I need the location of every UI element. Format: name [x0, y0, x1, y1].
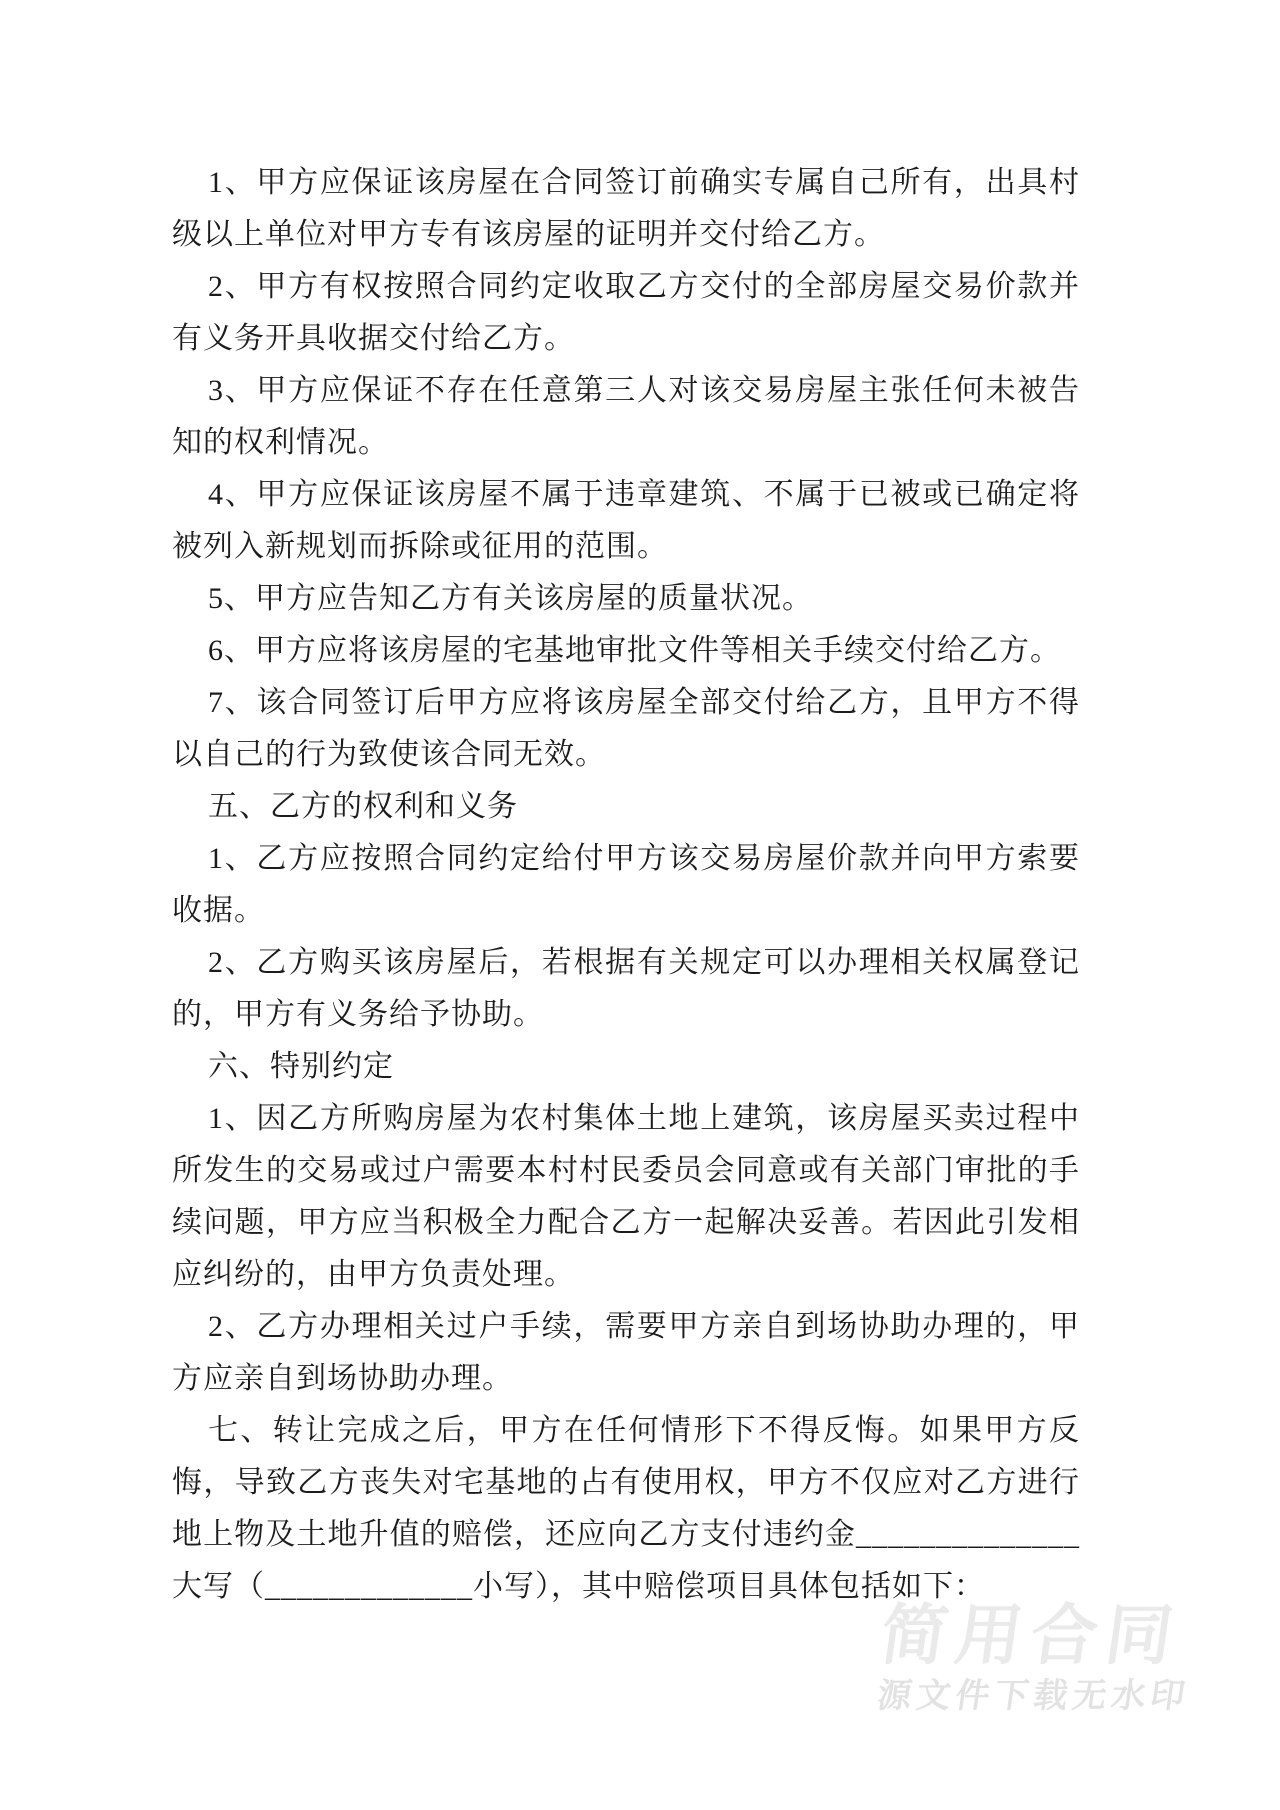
clause-no-regret-with-blanks: 七、转让完成之后，甲方在任何情形下不得反悔。如果甲方反悔，导致乙方丧失对宅基地的… [172, 1405, 1080, 1613]
clause-seller-2: 2、甲方有权按照合同约定收取乙方交付的全部房屋交易价款并有义务开具收据交付给乙方… [172, 261, 1080, 365]
clause-seller-6: 6、甲方应将该房屋的宅基地审批文件等相关手续交付给乙方。 [172, 625, 1080, 677]
clause-seller-4: 4、甲方应保证该房屋不属于违章建筑、不属于已被或已确定将被列入新规划而拆除或征用… [172, 469, 1080, 573]
clause-seller-1: 1、甲方应保证该房屋在合同签订前确实专属自己所有，出具村级以上单位对甲方专有该房… [172, 157, 1080, 261]
watermark-tagline-text: 源文件下载无水印 [875, 1668, 1194, 1717]
contract-text-body: 1、甲方应保证该房屋在合同签订前确实专属自己所有，出具村级以上单位对甲方专有该房… [172, 157, 1080, 1613]
clause-buyer-1: 1、乙方应按照合同约定给付甲方该交易房屋价款并向甲方索要收据。 [172, 833, 1080, 937]
clause-special-2: 2、乙方办理相关过户手续，需要甲方亲自到场协助办理的，甲方应亲自到场协助办理。 [172, 1301, 1080, 1405]
clause-seller-5: 5、甲方应告知乙方有关该房屋的质量状况。 [172, 573, 1080, 625]
clause-seller-3: 3、甲方应保证不存在任意第三人对该交易房屋主张任何未被告知的权利情况。 [172, 365, 1080, 469]
clause-buyer-2: 2、乙方购买该房屋后，若根据有关规定可以办理相关权属登记的，甲方有义务给予协助。 [172, 937, 1080, 1041]
section-heading-buyer-rights: 五、乙方的权利和义务 [172, 781, 1080, 833]
clause-special-1: 1、因乙方所购房屋为农村集体土地上建筑，该房屋买卖过程中所发生的交易或过户需要本… [172, 1093, 1080, 1301]
section-heading-special-terms: 六、特别约定 [172, 1041, 1080, 1093]
clause-seller-7: 7、该合同签订后甲方应将该房屋全部交付给乙方，且甲方不得以自己的行为致使该合同无… [172, 677, 1080, 781]
contract-page: 简用合同 源文件下载无水印 1、甲方应保证该房屋在合同签订前确实专属自己所有，出… [0, 0, 1280, 1810]
